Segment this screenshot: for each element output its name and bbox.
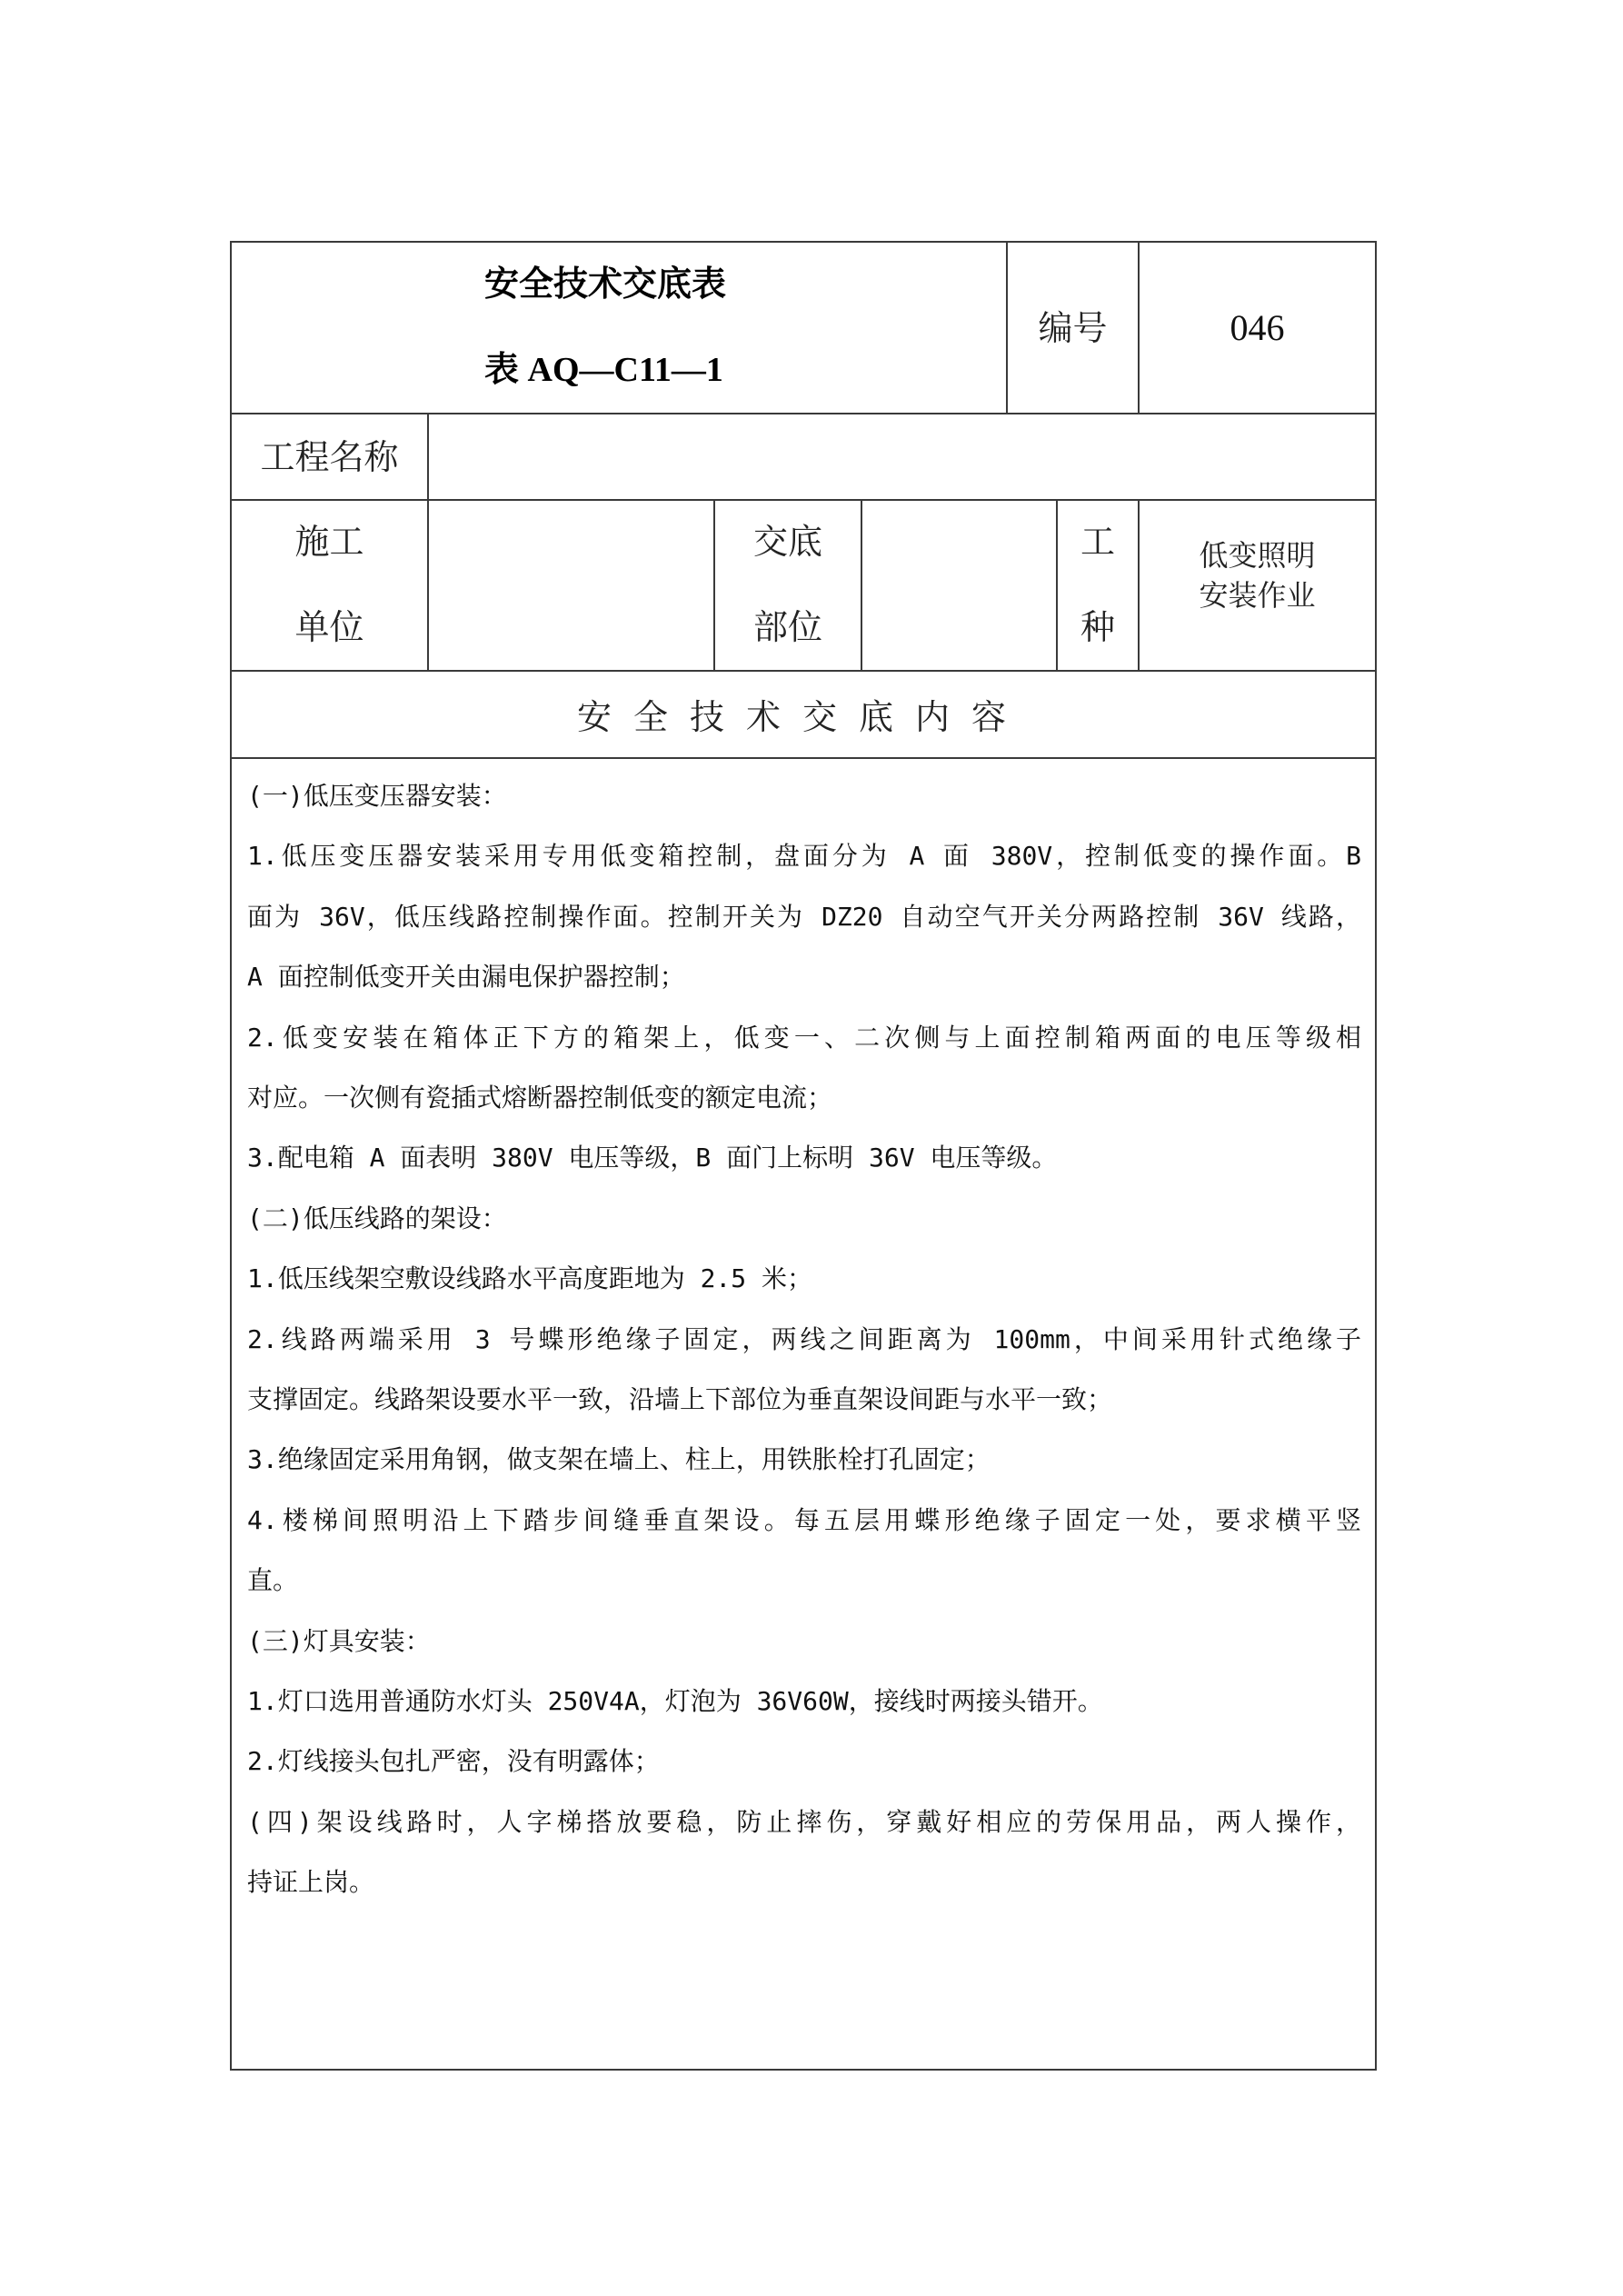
content-line: 4.楼梯间照明沿上下踏步间缝垂直架设。每五层用蝶形绝缘子固定一处，要求横平竖 (247, 1505, 1361, 1536)
content-line: 支撑固定。线路架设要水平一致，沿墙上下部位为垂直架设间距与水平一致； (247, 1384, 1361, 1415)
content-line: 直。 (247, 1565, 1361, 1596)
project-name-field[interactable] (427, 413, 1377, 501)
number-label-cell: 编号 (1006, 241, 1140, 414)
trade-label-line2: 种 (1056, 607, 1140, 647)
content-line: (三)灯具安装： (247, 1626, 1361, 1657)
section-heading: 安全技术交底内容 (230, 670, 1375, 757)
disclosure-location-label-line1: 交底 (713, 522, 862, 562)
document-page: 安全技术交底表 表 AQ—C11—1 编号 046 工程名称 施工 单位 交底 … (0, 0, 1623, 2296)
content-line: (四)架设线路时，人字梯搭放要稳，防止摔伤，穿戴好相应的劳保用品，两人操作， (247, 1807, 1361, 1838)
construction-unit-label-line1: 施工 (230, 522, 429, 562)
content-line: 3.绝缘固定采用角钢，做支架在墙上、柱上，用铁胀栓打孔固定； (247, 1444, 1361, 1475)
project-name-label: 工程名称 (260, 437, 398, 477)
construction-unit-field[interactable] (427, 499, 715, 672)
content-line: 2.线路两端采用 3 号蝶形绝缘子固定，两线之间距离为 100mm，中间采用针式… (247, 1324, 1361, 1355)
content-line: 对应。一次侧有瓷插式熔断器控制低变的额定电流； (247, 1083, 1361, 1113)
content-line: (一)低压变压器安装： (247, 781, 1361, 812)
form-title: 安全技术交底表 (484, 266, 726, 303)
project-name-label-cell: 工程名称 (230, 413, 429, 501)
content-line: 3.配电箱 A 面表明 380V 电压等级，B 面门上标明 36V 电压等级。 (247, 1143, 1361, 1173)
content-line: 2.低变安装在箱体正下方的箱架上，低变一、二次侧与上面控制箱两面的电压等级相 (247, 1023, 1361, 1053)
content-line: 1.灯口选用普通防水灯头 250V4A，灯泡为 36V60W，接线时两接头错开。 (247, 1686, 1361, 1717)
content-line: 面为 36V，低压线路控制操作面。控制开关为 DZ20 自动空气开关分两路控制 … (247, 902, 1361, 933)
trade-value-cell: 低变照明 安装作业 (1138, 499, 1377, 672)
trade-value-line1: 低变照明 (1199, 535, 1315, 575)
content-line: 1.低压变压器安装采用专用低变箱控制，盘面分为 A 面 380V，控制低变的操作… (247, 841, 1361, 872)
disclosure-location-label-line2: 部位 (713, 607, 862, 647)
disclosure-location-field[interactable] (861, 499, 1058, 672)
number-label: 编号 (1038, 308, 1107, 348)
trade-value-line2: 安装作业 (1199, 575, 1315, 615)
content-line: A 面控制低变开关由漏电保护器控制； (247, 962, 1361, 993)
content-line: 1.低压线架空敷设线路水平高度距地为 2.5 米； (247, 1263, 1361, 1294)
trade-label-line1: 工 (1056, 522, 1140, 562)
form-code: 表 AQ—C11—1 (484, 352, 723, 388)
content-line: 2.灯线接头包扎严密，没有明露体； (247, 1746, 1361, 1777)
content-line: (二)低压线路的架设： (247, 1203, 1361, 1234)
content-line: 持证上岗。 (247, 1867, 1361, 1898)
number-value-cell: 046 (1138, 241, 1377, 414)
number-value: 046 (1230, 308, 1285, 348)
construction-unit-label-line2: 单位 (230, 607, 429, 647)
